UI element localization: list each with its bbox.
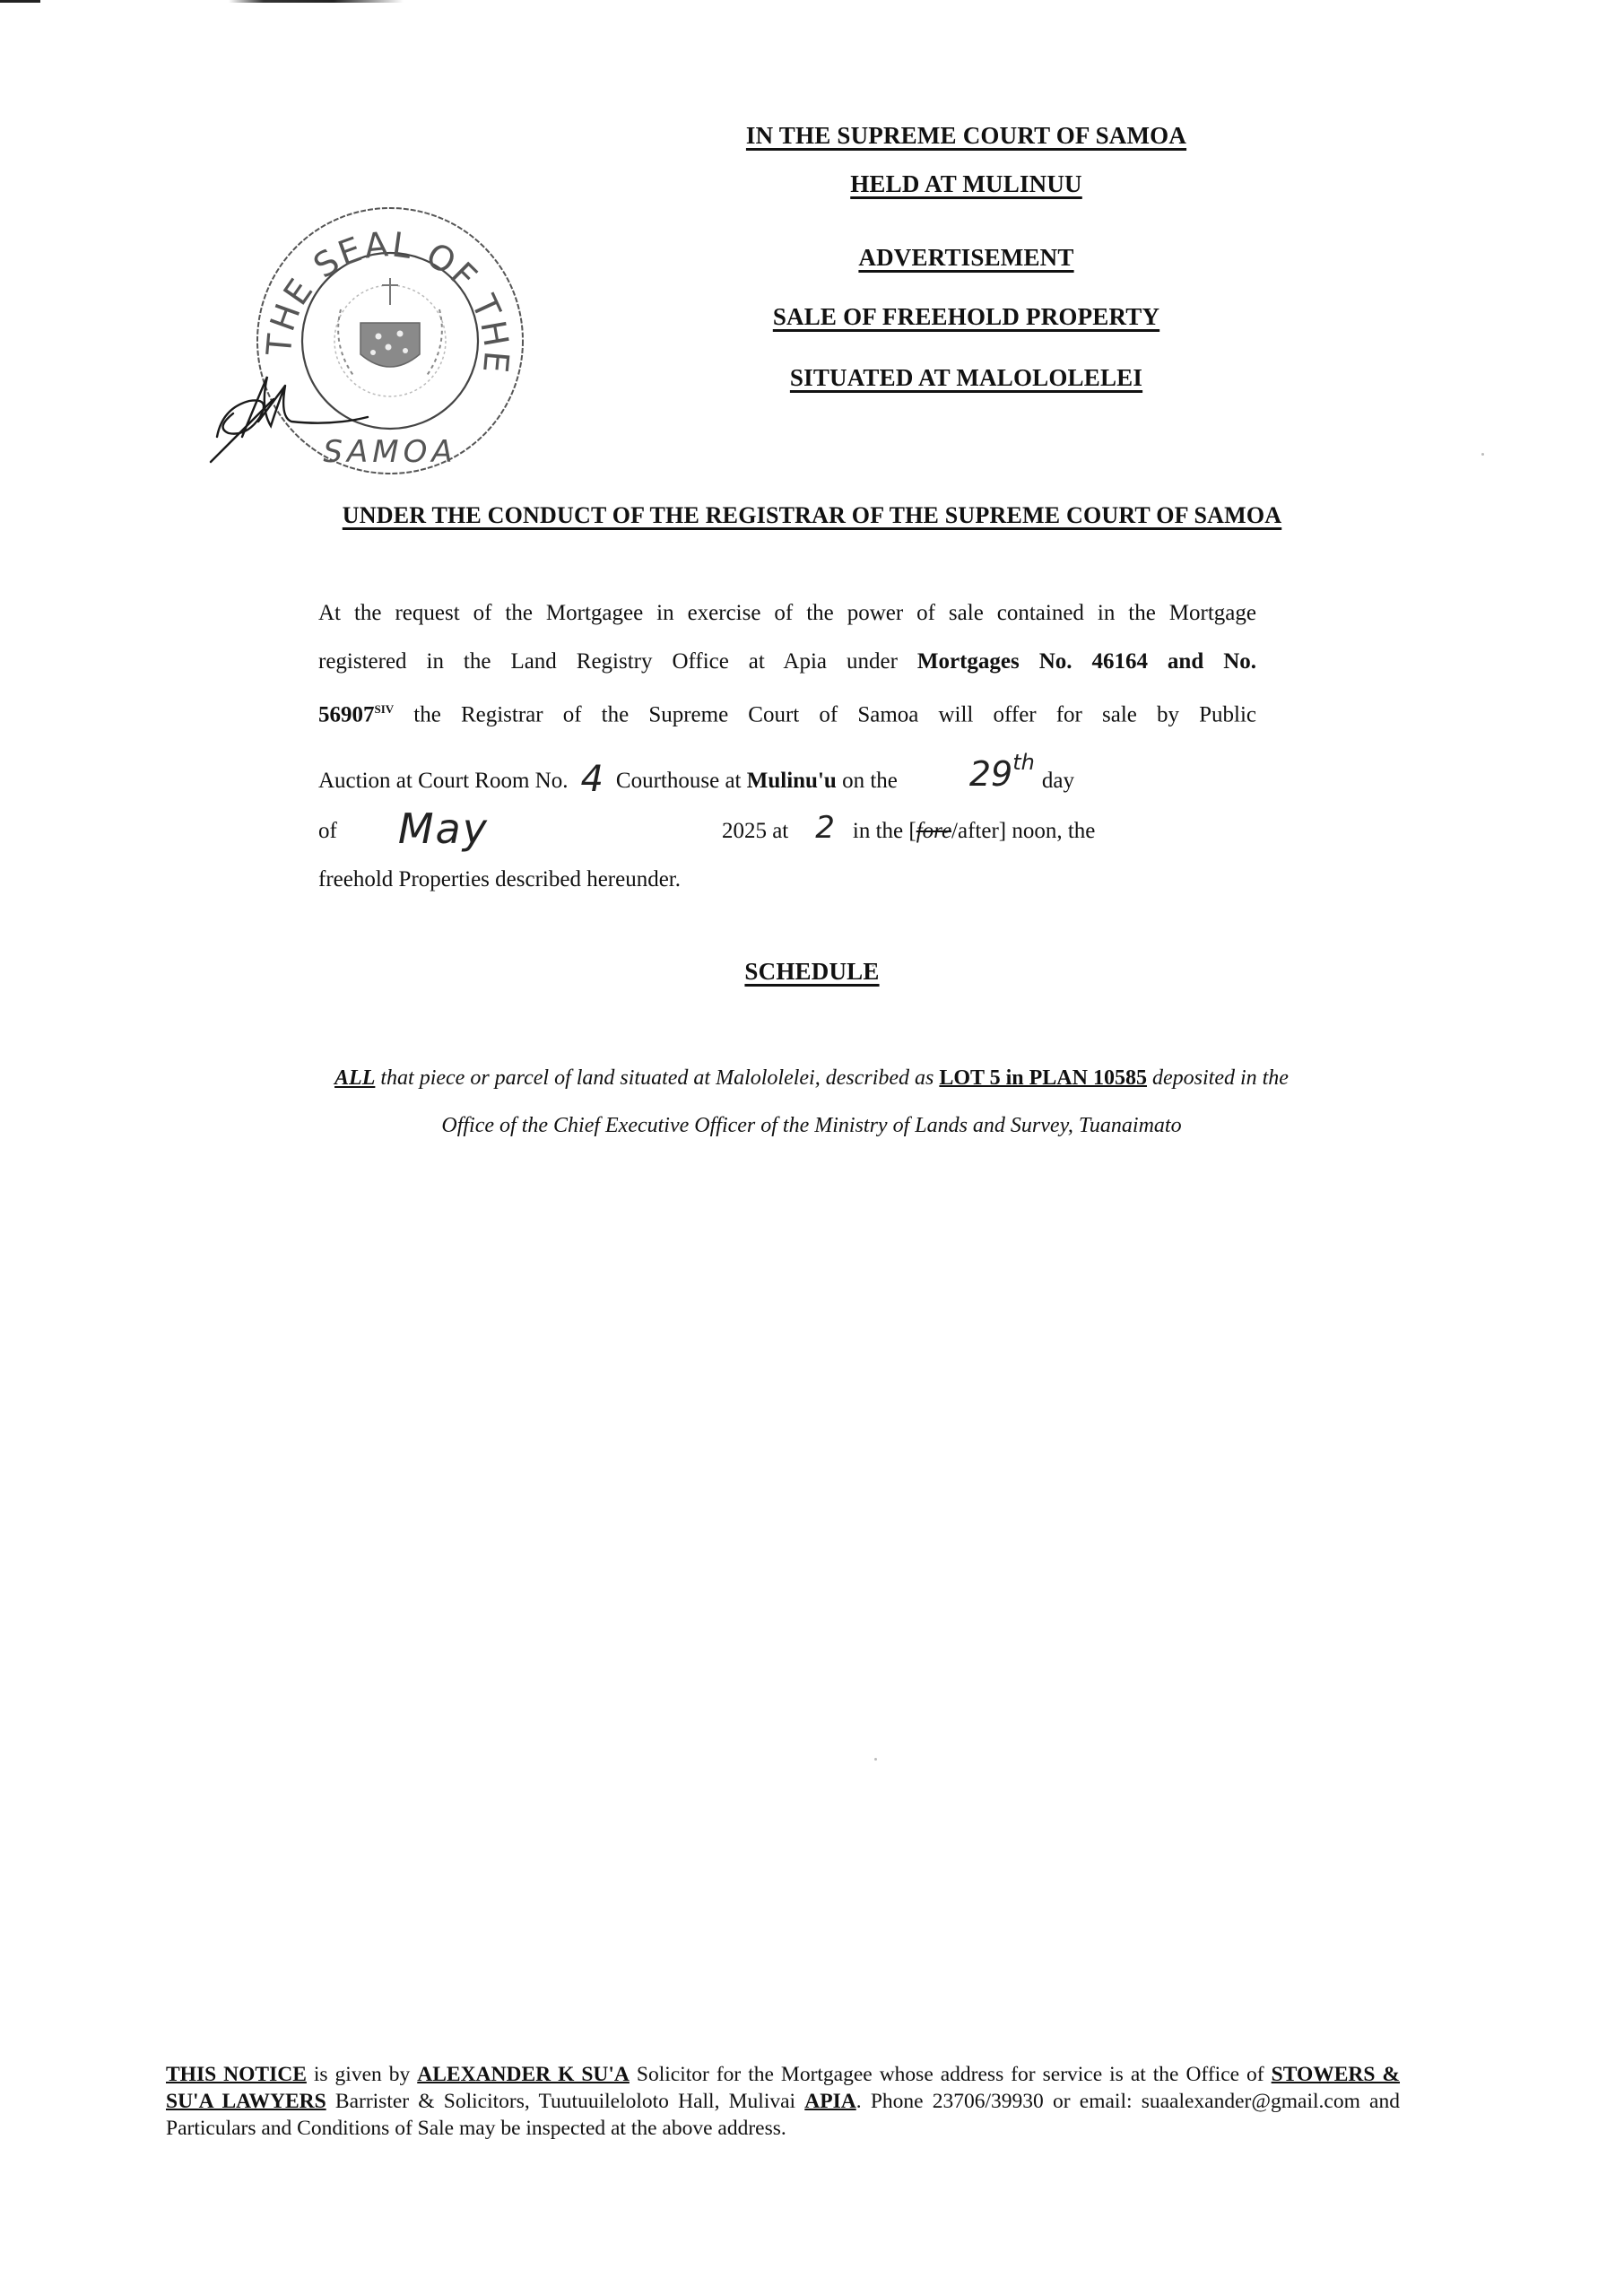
- body-line: ofMay2025 at2in the [fore/after] noon, t…: [318, 804, 1256, 856]
- body-line: registered in the Land Registry Office a…: [318, 638, 1256, 686]
- scan-speck: [874, 1758, 877, 1761]
- seal-outer-text: THE SEAL OF THE SUPREME COURT: [206, 193, 517, 394]
- body-line: At the request of the Mortgagee in exerc…: [318, 589, 1256, 638]
- handwritten-day: 29th: [969, 739, 1035, 799]
- scan-speck: [872, 964, 874, 967]
- schedule-heading: SCHEDULE: [0, 958, 1624, 986]
- handwritten-month: May: [398, 805, 489, 854]
- court-seal-icon: THE SEAL OF THE SUPREME COURT SAMOA: [206, 193, 565, 489]
- handwritten-court-room: 4: [580, 756, 603, 804]
- seal-bottom-text: SAMOA: [323, 434, 456, 470]
- court-heading: IN THE SUPREME COURT OF SAMOA: [154, 122, 1624, 150]
- body-line: Auction at Court Room No.4Courthouse at …: [318, 739, 1256, 805]
- samoa-emblem-icon: [334, 278, 446, 396]
- scan-speck: [1481, 453, 1484, 456]
- scan-artifact: [0, 0, 40, 3]
- conduct-heading: UNDER THE CONDUCT OF THE REGISTRAR OF TH…: [0, 502, 1624, 529]
- mortgage-numbers: Mortgages No. 46164 and No.: [917, 649, 1256, 674]
- body-line: freehold Properties described hereunder.: [318, 856, 1256, 904]
- svg-text:THE SEAL OF THE SUPREME COURT: THE SEAL OF THE SUPREME COURT: [206, 193, 517, 394]
- lot-plan: LOT 5 in PLAN 10585: [939, 1066, 1147, 1090]
- handwritten-hour: 2: [815, 804, 835, 853]
- auction-paragraph: At the request of the Mortgagee in exerc…: [318, 589, 1256, 903]
- notice-paragraph: THIS NOTICE is given by ALEXANDER K SU'A…: [166, 2061, 1400, 2142]
- solicitor-name: ALEXANDER K SU'A: [417, 2063, 630, 2086]
- schedule-description: ALL that piece or parcel of land situate…: [179, 1055, 1444, 1150]
- struck-text: fore: [916, 819, 951, 843]
- scan-artifact: [229, 0, 404, 3]
- city: APIA: [804, 2090, 855, 2113]
- body-line: 56907SIV the Registrar of the Supreme Co…: [318, 685, 1256, 739]
